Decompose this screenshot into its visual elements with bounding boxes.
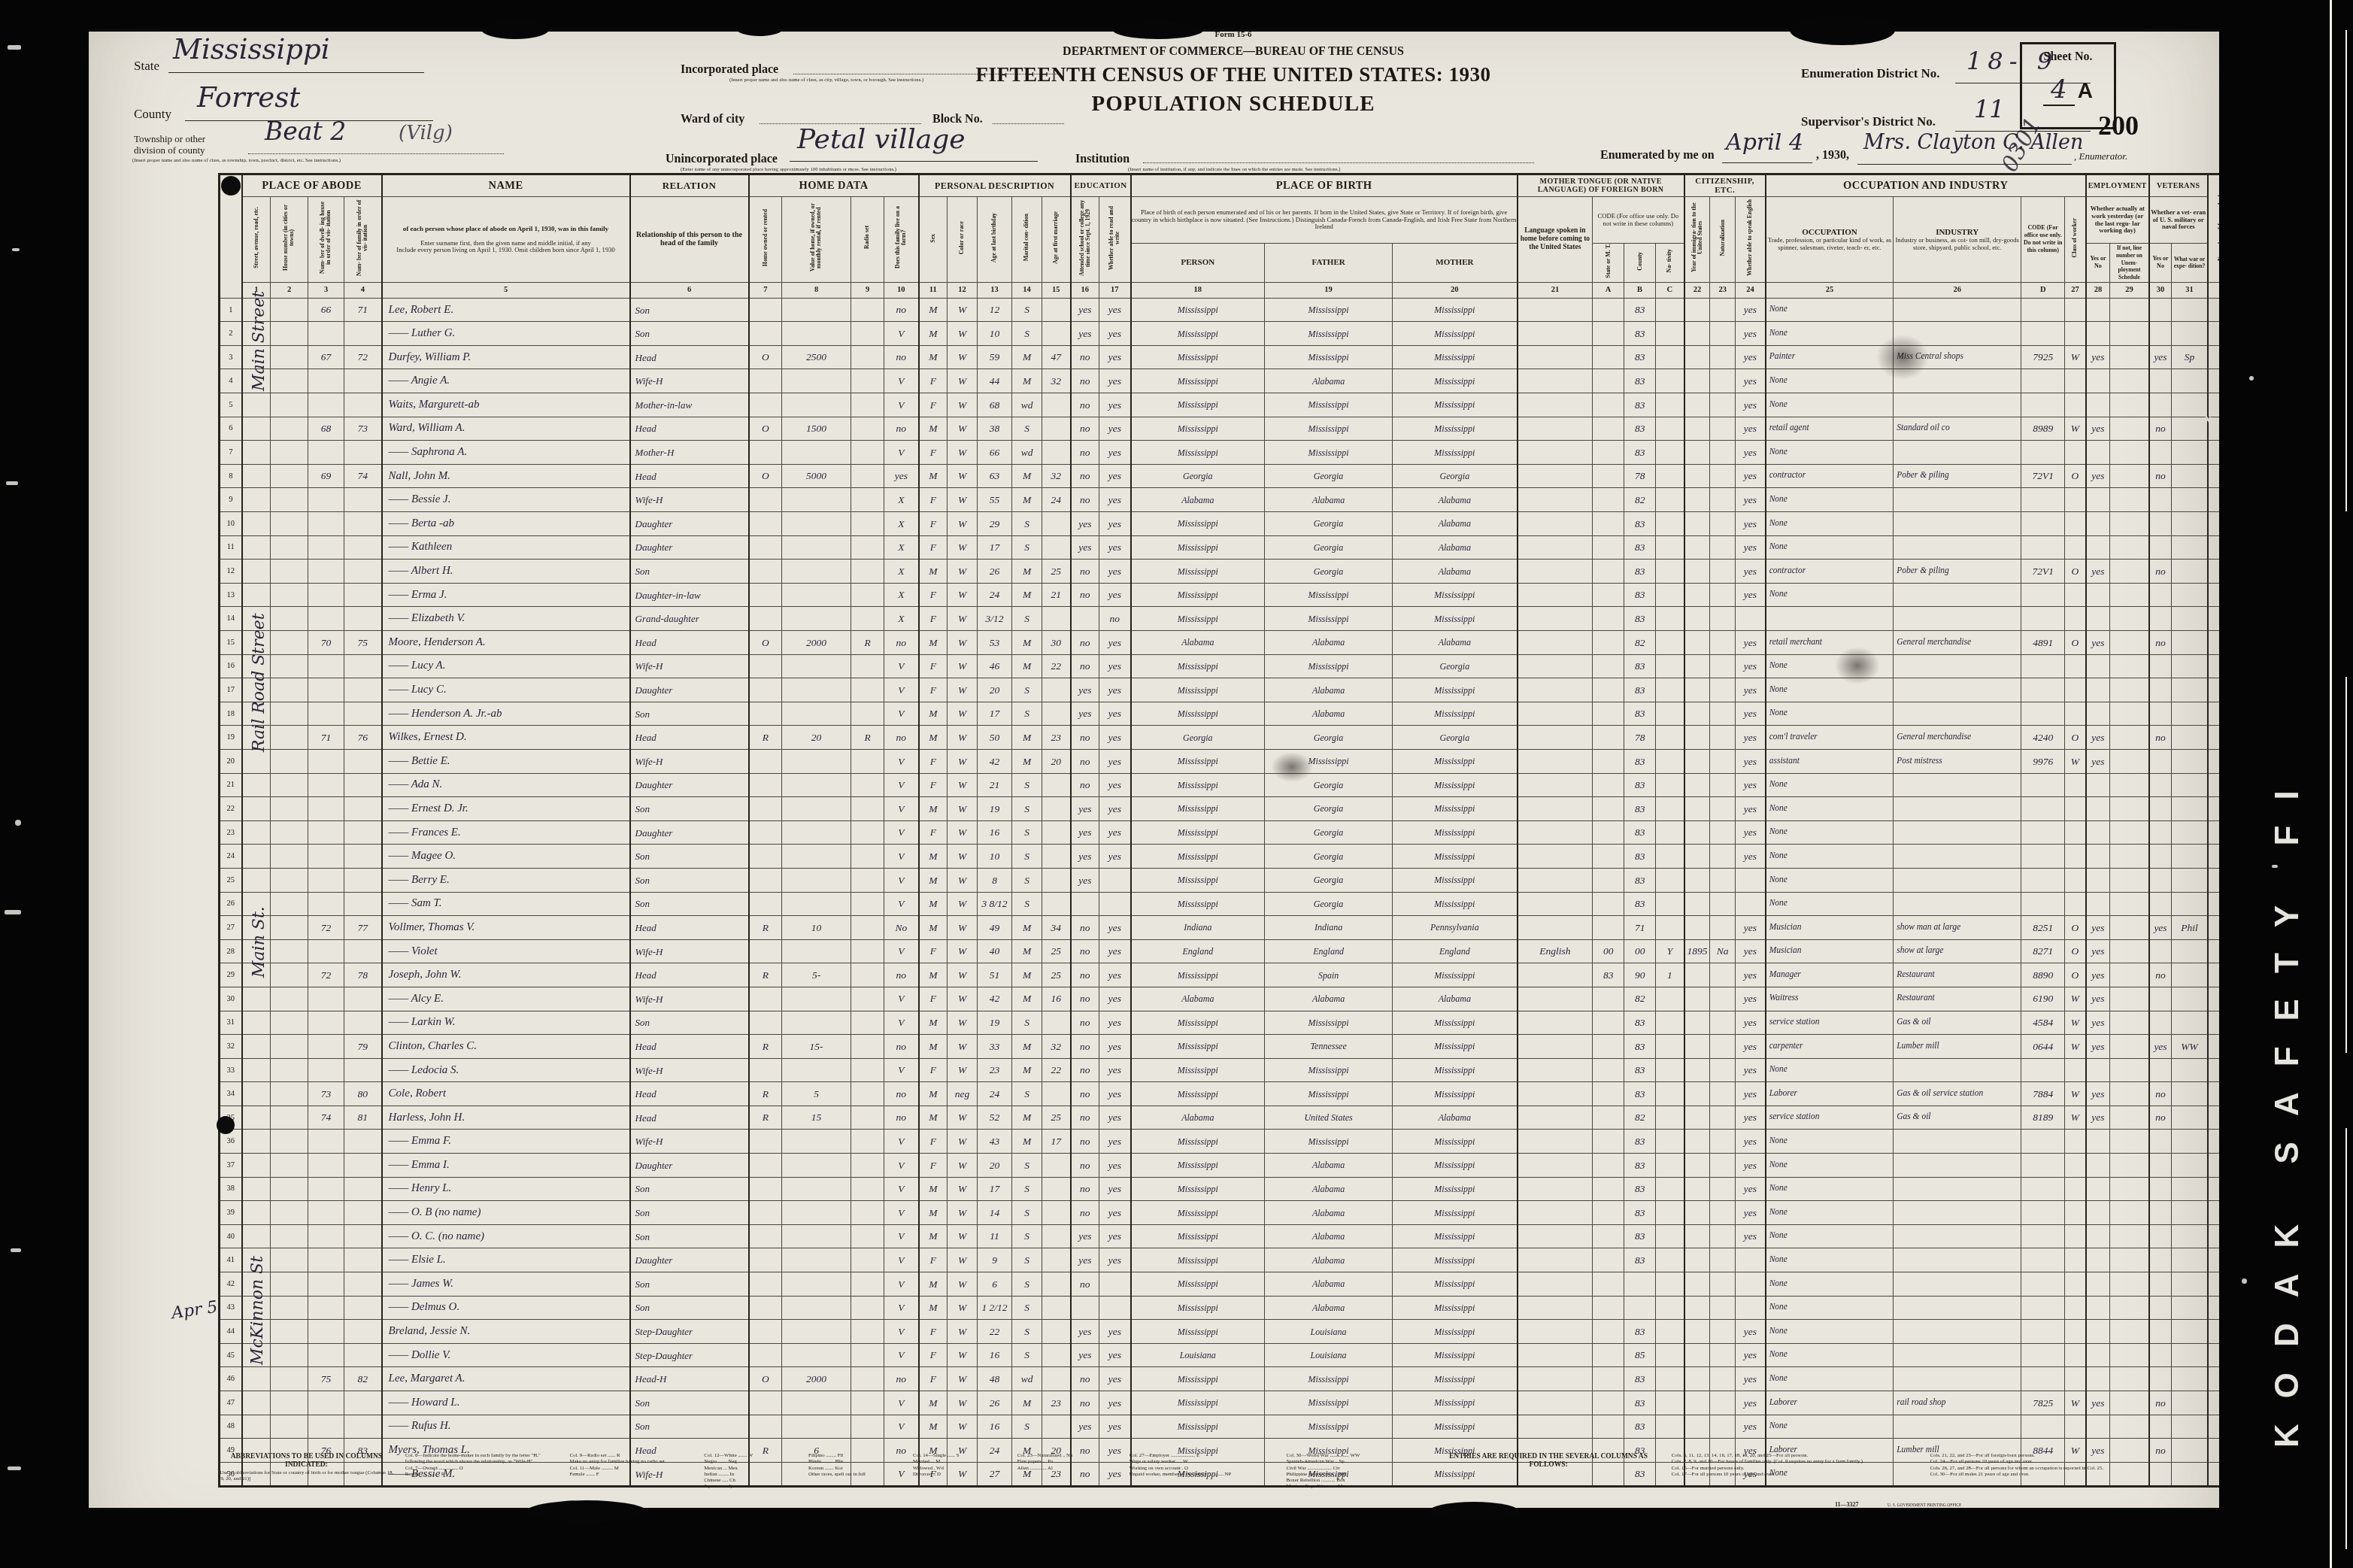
cell-at-work [2086,1224,2110,1248]
cell-naturalization [1710,916,1736,940]
cell-family: 80 [344,1082,382,1106]
cell-relation: Head-H [630,1367,749,1391]
cell-war [2172,1201,2208,1225]
cell-read-write: yes [1099,1224,1131,1248]
cell-farm: V [884,845,919,869]
cell-occ-code: 4891 [2021,631,2065,655]
cell-farm: V [884,1272,919,1297]
table-row: 31—— Larkin W.SonVMW19SnoyesMississippiM… [220,1011,2262,1035]
cell-war: Phil [2172,916,2208,940]
cell-war [2172,464,2208,488]
col-number: 9 [851,282,884,298]
cell-relation: Grand-daughter [630,607,749,631]
cell-code-c [1656,1154,1684,1178]
cell-school: no [1071,464,1099,488]
cell-naturalization [1710,868,1736,892]
col-number: 5 [382,282,630,298]
cell-farm: no [884,417,919,441]
cell-race: W [948,535,978,560]
cell-sex: M [919,1224,948,1248]
col-pob-desc: Place of birth of each person enumerated… [1131,197,1518,244]
cell-owned [749,1058,782,1082]
cell-industry [1894,1154,2021,1178]
cell-tongue [1518,369,1593,393]
cell-occ-code [2021,393,2065,417]
cell-owned: R [749,963,782,987]
cell-tongue [1518,1367,1593,1391]
cell-owned [749,1248,782,1272]
cell-read-write: yes [1099,322,1131,346]
cell-house [271,702,308,726]
cell-war [2172,773,2208,797]
cell-english: yes [1736,1058,1766,1082]
cell-code-a [1593,654,1624,678]
cell-age-married [1042,868,1071,892]
cell-pob-mother: Mississippi [1393,322,1518,346]
cell-unemp-line [2110,583,2149,607]
cell-name: —— Dollie V. [382,1343,630,1367]
cell-school: no [1071,1082,1099,1106]
cell-radio [851,1058,884,1082]
cell-read-write: yes [1099,678,1131,702]
cell-owned: O [749,417,782,441]
cell-line-left: 33 [220,1058,242,1082]
cell-immigration [1684,512,1710,536]
cell-dwelling [308,1011,344,1035]
cell-unemp-line [2110,1058,2149,1082]
cell-code-a [1593,583,1624,607]
cell-read-write: yes [1099,1367,1131,1391]
cell-line-left: 29 [220,963,242,987]
cell-farm: V [884,1130,919,1154]
cell-pob-mother: Mississippi [1393,820,1518,845]
cell-naturalization: Na [1710,939,1736,963]
cell-farm: V [884,1320,919,1344]
cell-radio [851,1130,884,1154]
cell-english: yes [1736,749,1766,773]
cell-age-married: 25 [1042,560,1071,584]
cell-immigration [1684,1296,1710,1320]
cell-age: 24 [978,583,1012,607]
cell-unemp-line [2110,654,2149,678]
cell-owned: R [749,1105,782,1130]
cell-pob-father: Alabama [1265,702,1393,726]
cell-code-b: 83 [1624,678,1656,702]
cell-race: W [948,1415,978,1439]
cell-read-write: yes [1099,441,1131,465]
cell-occupation: None [1766,797,1894,821]
cell-at-work [2086,1367,2110,1391]
cell-unemp-line [2110,1272,2149,1297]
cell-pob-person: Alabama [1131,1105,1265,1130]
cell-at-work: yes [2086,1035,2110,1059]
cell-naturalization [1710,1224,1736,1248]
township-note: (Insert proper name and also name of cla… [132,158,523,163]
cell-age: 26 [978,560,1012,584]
col-employment-desc: Whether actually at work yesterday (or t… [2086,197,2149,244]
cell-race: W [948,417,978,441]
cell-pob-mother: England [1393,939,1518,963]
cell-unemp-line [2110,1248,2149,1272]
cell-veteran [2149,583,2172,607]
cell-relation: Son [630,1177,749,1201]
cell-pob-person: Mississippi [1131,441,1265,465]
cell-farm: V [884,654,919,678]
cell-line-left: 25 [220,868,242,892]
cell-pob-mother: Mississippi [1393,1082,1518,1106]
cell-veteran [2149,939,2172,963]
cell-code-a [1593,369,1624,393]
cell-owned [749,892,782,916]
cell-age-married: 24 [1042,488,1071,512]
cell-pob-mother: Georgia [1393,464,1518,488]
cell-house [271,726,308,750]
cell-age: 44 [978,369,1012,393]
cell-war [2172,702,2208,726]
cell-age: 68 [978,393,1012,417]
enumerated-year: , 1930, [1816,149,1849,162]
cell-farm: V [884,1201,919,1225]
cell-occ-code: 9976 [2021,749,2065,773]
cell-sex: F [919,1367,948,1391]
col-number: 7 [749,282,782,298]
cell-english: yes [1736,963,1766,987]
cell-english: yes [1736,560,1766,584]
cell-english [1736,1272,1766,1297]
cell-street [242,749,271,773]
cell-naturalization [1710,1011,1736,1035]
cell-dwelling [308,678,344,702]
cell-relation: Daughter [630,1248,749,1272]
table-row: 197176Wilkes, Ernest D.HeadR20RnoMW50M23… [220,726,2262,750]
cell-farm: V [884,749,919,773]
cell-occupation: None [1766,535,1894,560]
cell-school: no [1071,1367,1099,1391]
cell-veteran [2149,1415,2172,1439]
table-row: 36—— Emma F.Wife-HVFW43M17noyesMississip… [220,1130,2262,1154]
cell-worker-class [2065,1296,2086,1320]
col-number: 8 [782,282,851,298]
table-row: 43—— Delmus O.SonVMW1 2/12SMississippiAl… [220,1296,2262,1320]
cell-war [2172,1130,2208,1154]
page-stamp-200: 200 [2098,110,2139,141]
cell-occupation: None [1766,298,1894,322]
col-school: Attended school or college any time sinc… [1071,197,1099,283]
cell-tongue [1518,1248,1593,1272]
cell-age-married [1042,441,1071,465]
cell-immigration [1684,1058,1710,1082]
cell-naturalization [1710,1058,1736,1082]
cell-marital: M [1012,654,1042,678]
cell-occ-code: 8989 [2021,417,2065,441]
cell-unemp-line [2110,868,2149,892]
cell-english: yes [1736,393,1766,417]
cell-school: no [1071,393,1099,417]
cell-industry [1894,607,2021,631]
cell-race: W [948,464,978,488]
cell-naturalization [1710,560,1736,584]
cell-war [2172,1367,2208,1391]
cell-pob-person: Mississippi [1131,1391,1265,1415]
col-speak-english: Whether able to speak English [1736,197,1766,283]
cell-english: yes [1736,987,1766,1011]
cell-radio [851,773,884,797]
cell-radio [851,1154,884,1178]
cell-pob-person: Mississippi [1131,369,1265,393]
cell-veteran [2149,1224,2172,1248]
cell-race: W [948,678,978,702]
cell-pob-mother: Mississippi [1393,1367,1518,1391]
cell-naturalization [1710,345,1736,369]
cell-owned [749,1224,782,1248]
cell-farm: yes [884,464,919,488]
cell-at-work [2086,1248,2110,1272]
cell-read-write: yes [1099,560,1131,584]
cell-age: 24 [978,1082,1012,1106]
cell-race: W [948,820,978,845]
cell-owned [749,441,782,465]
cell-pob-person: Mississippi [1131,583,1265,607]
cell-pob-mother: Mississippi [1393,1058,1518,1082]
cell-code-c [1656,1130,1684,1154]
cell-value: 2500 [782,345,851,369]
cell-occupation: None [1766,702,1894,726]
cell-name: Wilkes, Ernest D. [382,726,630,750]
cell-age-married: 32 [1042,464,1071,488]
street-name-note: Rail Road Street [250,613,268,752]
cell-race: W [948,298,978,322]
group-place-of-birth: PLACE OF BIRTH [1131,174,1518,197]
cell-english: yes [1736,488,1766,512]
cell-age: 33 [978,1035,1012,1059]
cell-code-a [1593,773,1624,797]
cell-unemp-line [2110,1224,2149,1248]
cell-naturalization [1710,1391,1736,1415]
cell-tongue [1518,1082,1593,1106]
cell-relation: Mother-H [630,441,749,465]
cell-owned: R [749,1082,782,1106]
cell-tongue [1518,1105,1593,1130]
population-schedule-table: PLACE OF ABODE NAME RELATION HOME DATA P… [218,173,2263,1488]
cell-immigration [1684,464,1710,488]
cell-family [344,773,382,797]
cell-name: —— O. B (no name) [382,1201,630,1225]
cell-code-c [1656,631,1684,655]
cell-tongue [1518,1201,1593,1225]
cell-radio [851,1035,884,1059]
cell-dwelling: 72 [308,963,344,987]
cell-owned [749,512,782,536]
cell-at-work [2086,892,2110,916]
cell-read-write: yes [1099,963,1131,987]
cell-occ-code [2021,654,2065,678]
cell-naturalization [1710,773,1736,797]
cell-english: yes [1736,916,1766,940]
cell-line-left: 18 [220,702,242,726]
cell-occ-code [2021,607,2065,631]
cell-at-work: yes [2086,726,2110,750]
cell-pob-person: Mississippi [1131,1224,1265,1248]
cell-pob-father: Georgia [1265,892,1393,916]
margin-x-mark: x [2203,410,2212,429]
cell-pob-person: Mississippi [1131,868,1265,892]
cell-unemp-line [2110,963,2149,987]
cell-veteran [2149,488,2172,512]
cell-occ-code [2021,797,2065,821]
cell-veteran: no [2149,963,2172,987]
cell-pob-person: Mississippi [1131,298,1265,322]
cell-name: —— Delmus O. [382,1296,630,1320]
cell-occ-code [2021,1415,2065,1439]
cell-radio [851,583,884,607]
cell-dwelling [308,797,344,821]
cell-marital: S [1012,1201,1042,1225]
cell-read-write: yes [1099,1343,1131,1367]
col-number: 13 [978,282,1012,298]
cell-industry [1894,512,2021,536]
cell-age: 11 [978,1224,1012,1248]
cell-naturalization [1710,654,1736,678]
cell-tongue [1518,1154,1593,1178]
cell-dwelling [308,892,344,916]
cell-race: W [948,369,978,393]
cell-industry [1894,797,2021,821]
cell-marital: S [1012,1272,1042,1297]
cell-english: yes [1736,583,1766,607]
cell-family [344,1415,382,1439]
cell-tongue [1518,464,1593,488]
cell-school: no [1071,583,1099,607]
cell-pob-person: Mississippi [1131,345,1265,369]
cell-owned: O [749,464,782,488]
cell-radio: R [851,631,884,655]
cell-house [271,1105,308,1130]
cell-age-married [1042,393,1071,417]
cell-street [242,1105,271,1130]
cell-veteran: no [2149,417,2172,441]
cell-veteran [2149,1343,2172,1367]
cell-pob-father: Georgia [1265,797,1393,821]
cell-industry: Miss Central shops [1894,345,2021,369]
print-mark: 11—3327 [1835,1501,1859,1508]
cell-pob-person: Mississippi [1131,417,1265,441]
cell-unemp-line [2110,298,2149,322]
cell-age: 22 [978,1320,1012,1344]
cell-pob-person: Mississippi [1131,535,1265,560]
cell-farm: V [884,1343,919,1367]
cell-race: W [948,1391,978,1415]
cell-marital: S [1012,1082,1042,1106]
cell-immigration [1684,583,1710,607]
cell-house [271,441,308,465]
cell-english: yes [1736,369,1766,393]
cell-code-c [1656,868,1684,892]
cell-name: —— Angie A. [382,369,630,393]
cell-school: no [1071,749,1099,773]
cell-read-write: yes [1099,583,1131,607]
cell-value [782,1296,851,1320]
cell-house [271,417,308,441]
cell-english: yes [1736,1320,1766,1344]
cell-value: 15- [782,1035,851,1059]
cell-farm: X [884,488,919,512]
cell-code-c [1656,678,1684,702]
cell-occupation: None [1766,322,1894,346]
cell-pob-person: Mississippi [1131,1296,1265,1320]
cell-pob-father: Georgia [1265,868,1393,892]
cell-house [271,749,308,773]
cell-at-work: yes [2086,963,2110,987]
cell-marital: wd [1012,1367,1042,1391]
cell-tongue [1518,1343,1593,1367]
cell-school: yes [1071,845,1099,869]
cell-code-a [1593,892,1624,916]
cell-name: —— Emma F. [382,1130,630,1154]
cell-line-left: 5 [220,393,242,417]
cell-race: W [948,1248,978,1272]
cell-worker-class [2065,393,2086,417]
cell-worker-class: W [2065,417,2086,441]
cell-immigration [1684,345,1710,369]
cell-naturalization [1710,607,1736,631]
cell-veteran: no [2149,1082,2172,1106]
cell-school: no [1071,345,1099,369]
table-row: 37—— Emma I.DaughterVFW20SnoyesMississip… [220,1154,2262,1178]
cell-age: 16 [978,820,1012,845]
cell-war [2172,1011,2208,1035]
cell-line-left: 4 [220,369,242,393]
cell-race: W [948,1320,978,1344]
cell-immigration [1684,1224,1710,1248]
cell-sex: M [919,1177,948,1201]
cell-unemp-line [2110,845,2149,869]
cell-code-b: 82 [1624,1105,1656,1130]
cell-veteran [2149,1367,2172,1391]
cell-code-b: 83 [1624,1391,1656,1415]
cell-tongue [1518,797,1593,821]
cell-occupation: None [1766,1224,1894,1248]
cell-immigration [1684,749,1710,773]
cell-code-a [1593,345,1624,369]
col-emp-yes-no: Yes or No [2086,244,2110,283]
cell-pob-father: Louisiana [1265,1343,1393,1367]
cell-at-work [2086,1415,2110,1439]
cell-sex: F [919,441,948,465]
cell-industry: Restaurant [1894,963,2021,987]
cell-pob-mother: Mississippi [1393,773,1518,797]
cell-veteran [2149,797,2172,821]
cell-pob-person: Mississippi [1131,820,1265,845]
cell-dwelling [308,987,344,1011]
cell-pob-person: Louisiana [1131,1343,1265,1367]
cell-code-a [1593,1201,1624,1225]
cell-code-a: 00 [1593,939,1624,963]
cell-read-write: yes [1099,1177,1131,1201]
cell-immigration [1684,1343,1710,1367]
col-family-number: Num- ber of family in order of vis- itat… [344,197,382,283]
cell-english: yes [1736,1154,1766,1178]
cell-school: no [1071,1105,1099,1130]
cell-age-married [1042,1343,1071,1367]
cell-worker-class [2065,607,2086,631]
cell-unemp-line [2110,345,2149,369]
cell-value [782,939,851,963]
cell-radio [851,441,884,465]
cell-farm: no [884,1105,919,1130]
cell-family [344,1272,382,1297]
cell-war [2172,1105,2208,1130]
cell-sex: M [919,1105,948,1130]
